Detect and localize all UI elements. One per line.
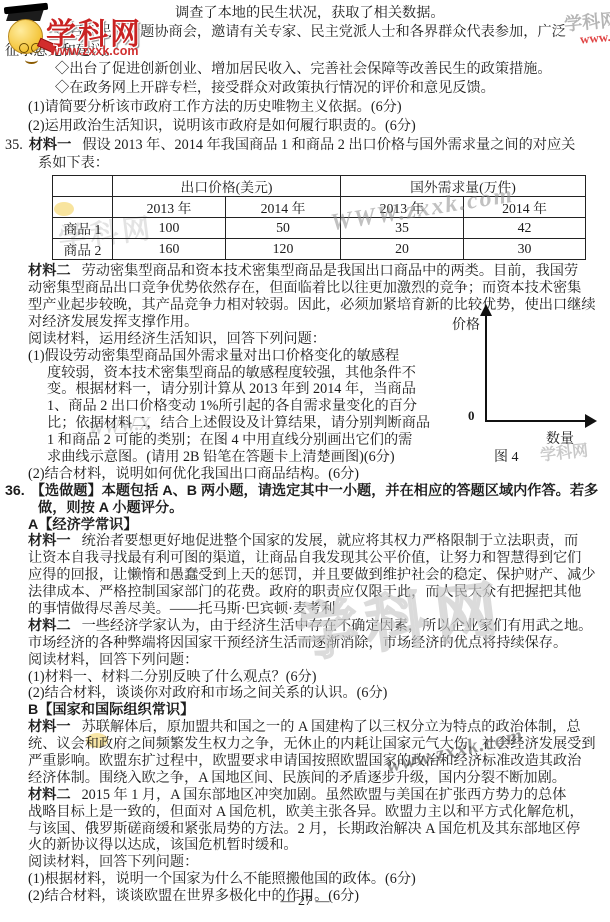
- text-line: 调查了本地的民生状况，获取了相关数据。: [175, 4, 602, 23]
- cell: 30: [464, 239, 586, 260]
- text-line: 法律成本、严格控制国家部门的花费。政府的职责应仅限于此，而人民大众有把握把其他: [28, 584, 602, 601]
- subquestion-line: (2)运用政治生活知识，说明该市政府是如何履行职责的。(6分): [28, 117, 602, 136]
- table-row: 商品 2 160 120 20 30: [53, 239, 586, 260]
- question-number: 35.: [5, 137, 23, 153]
- cell: 100: [113, 218, 226, 239]
- col-group-foreign-demand: 国外需求量(万件): [341, 176, 586, 197]
- text-line: 应得的回报，让懒惰和愚蠢受到上天的惩罚，并且要做到维护社会的稳定、保护财产、减少: [28, 567, 602, 584]
- text-line: 统、议会和政府之间频繁发生权力之争，无休止的内耗让国家元气大伤，社会经济发展受到: [28, 736, 602, 753]
- material-label: 材料一: [29, 137, 72, 153]
- text-line: 严重影响。欧盟东扩过程中，欧盟要求申请国按照欧盟国家的政治和经济标准改造其政治: [28, 753, 602, 770]
- y-axis-label: 价格: [452, 314, 480, 334]
- subquestion-line: (2)结合材料，谈谈你对政府和市场之间关系的认识。(6分): [28, 685, 602, 702]
- text-line: 的事情做得尽善尽美。——托马斯·巴宾顿·麦考利: [28, 601, 602, 618]
- text-run: 劳动密集型商品和资本技术密集型商品是我国出口商品中的两类。目前，我国劳: [82, 263, 579, 279]
- material-label: 材料二: [28, 618, 71, 634]
- text-run: 假设 2013 年、2014 年我国商品 1 和商品 2 出口价格与国外需求量之…: [82, 137, 575, 153]
- subquestion-line: (2)结合材料，说明如何优化我国出口商品结构。(6分): [28, 466, 602, 483]
- table-row: 商品 1 100 50 35 42: [53, 218, 586, 239]
- bullet-line: ◇在政务网上开辟专栏，接受群众对政策执行情况的评价和意见反馈。: [55, 79, 602, 98]
- year-header: 2014 年: [226, 197, 341, 218]
- text-run: 【选做题】本题包括 A、B 两小题，请选定其中一小题，并在相应的答题区域内作答。…: [31, 483, 599, 499]
- text-line: 与该国、俄罗斯磋商缓和紧张局势的方法。2 月，长期政治解决 A 国危机及其东部地…: [28, 821, 602, 838]
- question-number: 36.: [5, 483, 25, 499]
- text-run: 2015 年 1 月，A 国东部地区冲突加剧。虽然欧盟与美国在扩张西方势力的总体: [82, 787, 567, 803]
- text-run: 一些经济学家认为，由于经济生活中存在不确定因素，所以企业家们有用武之地。: [82, 618, 593, 634]
- material-2-line: 材料二一些经济学家认为，由于经济生活中存在不确定因素，所以企业家们有用武之地。: [28, 618, 602, 635]
- material-1-line: 材料一苏联解体后，原加盟共和国之一的 A 国建构了以三权分立为特点的政治体制，总: [28, 719, 602, 736]
- cell: 50: [226, 218, 341, 239]
- section-b-title: B【国家和国际组织常识】: [28, 702, 602, 719]
- text-line: 让资本自我寻找最有利可图的渠道，让商品自我发现其公平价值，让努力和智慧得到它们: [28, 550, 602, 567]
- subquestion-line: (1)根据材料，说明一个国家为什么不能照搬他国的政体。(6分): [28, 871, 602, 888]
- bullet-line: ◇出台了促进创新创业、增加居民收入、完善社会保障等改善民生的政策措施。: [55, 60, 602, 79]
- text-line: 经济体制。围绕入欧之争，A 国地区间、民族间的矛盾逐步升级，国内分裂不断加剧。: [28, 770, 602, 787]
- figure-4: 价格 0 数量 图 4: [448, 298, 608, 466]
- x-axis-line: [485, 420, 587, 422]
- material-2-line: 材料二2015 年 1 月，A 国东部地区冲突加剧。虽然欧盟与美国在扩张西方势力…: [28, 787, 602, 804]
- material-2-line: 材料二劳动密集型商品和资本技术密集型商品是我国出口商品中的两类。目前，我国劳: [28, 263, 602, 280]
- material-label: 材料一: [28, 719, 71, 735]
- section-a-title: A【经济学常识】: [28, 517, 602, 534]
- empty-cell: [53, 176, 113, 197]
- cell: 42: [464, 218, 586, 239]
- text-run: 统治者要想更好地促进整个国家的发展，就应将其权力严格限制于立法职责，而: [82, 533, 579, 549]
- material-1-line: 材料一统治者要想更好地促进整个国家的发展，就应将其权力严格限制于立法职责，而: [28, 533, 602, 550]
- x-axis-arrow-icon: [585, 414, 604, 428]
- text-run: 苏联解体后，原加盟共和国之一的 A 国建构了以三权分立为特点的政治体制，总: [82, 719, 581, 735]
- cell: 160: [113, 239, 226, 260]
- cell: 20: [341, 239, 464, 260]
- smiley-mascot-icon: [8, 19, 43, 54]
- origin-label: 0: [468, 408, 475, 424]
- year-header: 2013 年: [113, 197, 226, 218]
- material-label: 材料二: [28, 263, 71, 279]
- cell: 35: [341, 218, 464, 239]
- table-year-header-row: 2013 年 2014 年 2013 年 2014 年: [53, 197, 586, 218]
- smile-icon: [25, 56, 38, 64]
- exam-paper-page: { "brand": { "name": "学科网", "url": "www.…: [0, 0, 610, 922]
- question-35-start: 35.材料一假设 2013 年、2014 年我国商品 1 和商品 2 出口价格与…: [5, 136, 602, 155]
- year-header: 2013 年: [341, 197, 464, 218]
- zxxk-logo: 学科网 www.zxxk.com: [2, 5, 174, 59]
- figure-caption: 图 4: [494, 446, 519, 466]
- table-group-header-row: 出口价格(美元) 国外需求量(万件): [53, 176, 586, 197]
- text-line: 动密集型商品出口竞争优势依然存在，但面临着比以往更加激烈的竞争；而资本技术密集: [28, 280, 602, 297]
- page-number: — 27 —: [0, 894, 610, 910]
- cell: 120: [226, 239, 341, 260]
- text-line: 火的新协议得以达成，该国危机暂时缓和。: [28, 837, 602, 854]
- empty-cell: [53, 197, 113, 218]
- subquestion-line: (1)材料一、材料二分别反映了什么观点？(6分): [28, 669, 602, 686]
- subquestion-line: (1)请简要分析该市政府工作方法的历史唯物主义依据。(6分): [28, 98, 602, 117]
- material-label: 材料一: [28, 533, 71, 549]
- y-axis-line: [485, 310, 487, 422]
- read-instruction: 阅读材料，回答下列问题：: [28, 854, 602, 871]
- year-header: 2014 年: [464, 197, 586, 218]
- brand-url: www.zxxk.com: [50, 44, 138, 58]
- x-axis-label: 数量: [546, 428, 574, 448]
- material-label: 材料二: [28, 787, 71, 803]
- row-label: 商品 2: [53, 239, 113, 260]
- text-line: 市场经济的各种弊端将因国家干预经济生活而逐渐消除，市场经济的优点将持续保存。: [28, 635, 602, 652]
- row-label: 商品 1: [53, 218, 113, 239]
- text-line: 做，则按 A 小题评分。: [38, 500, 602, 517]
- question-36-start: 36.【选做题】本题包括 A、B 两小题，请选定其中一小题，并在相应的答题区域内…: [5, 483, 602, 500]
- text-line: 战略目标上是一致的，但面对 A 国危机，欧美主张各异。欧盟力主以和平方式化解危机…: [28, 804, 602, 821]
- text-line: 系如下表：: [38, 154, 602, 173]
- export-price-demand-table: 出口价格(美元) 国外需求量(万件) 2013 年 2014 年 2013 年 …: [52, 175, 586, 260]
- read-instruction: 阅读材料，回答下列问题：: [28, 652, 602, 669]
- col-group-export-price: 出口价格(美元): [113, 176, 341, 197]
